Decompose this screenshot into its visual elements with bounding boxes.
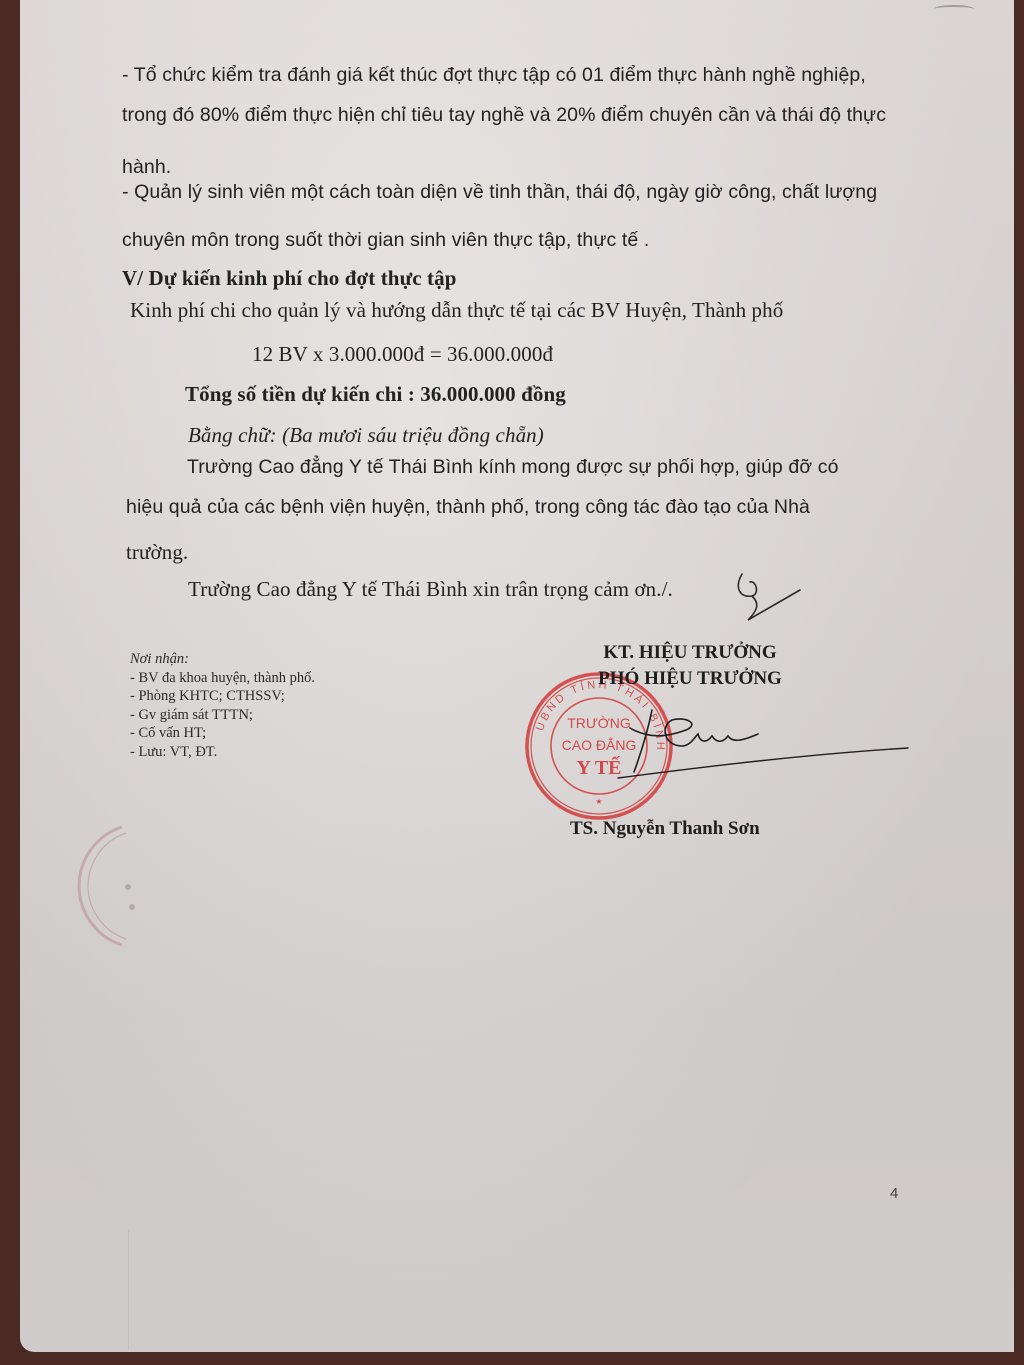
recipients-title: Nơi nhận: bbox=[130, 650, 315, 669]
recipient-item: - Phòng KHTC; CTHSSV; bbox=[130, 687, 315, 706]
initials-mark bbox=[730, 568, 810, 628]
recipient-item: - Cố vấn HT; bbox=[130, 724, 315, 743]
recipient-item: - BV đa khoa huyện, thành phố. bbox=[130, 669, 315, 688]
body-line-2: trong đó 80% điểm thực hiện chỉ tiêu tay… bbox=[122, 104, 886, 127]
closing-line-3: trường. bbox=[126, 540, 188, 565]
page-number: 4 bbox=[890, 1185, 898, 1202]
thanks-line: Trường Cao đẳng Y tế Thái Bình xin trân … bbox=[188, 577, 673, 602]
budget-calculation: 12 BV x 3.000.000đ = 36.000.000đ bbox=[252, 342, 553, 367]
budget-total: Tổng số tiền dự kiến chi : 36.000.000 đồ… bbox=[185, 382, 566, 407]
section-heading: V/ Dự kiến kinh phí cho đợt thực tập bbox=[122, 266, 457, 291]
signer-name: TS. Nguyễn Thanh Sơn bbox=[570, 818, 760, 840]
body-line-4: - Quản lý sinh viên một cách toàn diện v… bbox=[122, 181, 877, 204]
top-pen-mark bbox=[934, 5, 974, 13]
recipient-item: - Gv giám sát TTTN; bbox=[130, 706, 315, 725]
body-line-3: hành. bbox=[122, 156, 171, 179]
body-line-1: - Tổ chức kiểm tra đánh giá kết thúc đợt… bbox=[122, 64, 866, 87]
signature-block: KT. HIỆU TRƯỞNG PHÓ HIỆU TRƯỞNG bbox=[540, 640, 840, 692]
budget-total-in-words: Bằng chữ: (Ba mươi sáu triệu đồng chẵn) bbox=[188, 423, 544, 448]
signature-title-1: KT. HIỆU TRƯỞNG bbox=[540, 640, 840, 666]
paper-crease bbox=[128, 1230, 129, 1350]
recipients-list: Nơi nhận: - BV đa khoa huyện, thành phố.… bbox=[130, 650, 315, 761]
svg-text:★: ★ bbox=[595, 797, 602, 806]
body-line-5: chuyên môn trong suốt thời gian sinh viê… bbox=[122, 229, 649, 252]
recipient-item: - Lưu: VT, ĐT. bbox=[130, 743, 315, 762]
closing-line-1: Trường Cao đẳng Y tế Thái Bình kính mong… bbox=[187, 456, 839, 479]
closing-line-2: hiệu quả của các bệnh viện huyện, thành … bbox=[126, 496, 810, 519]
handwritten-signature bbox=[590, 690, 910, 790]
faded-seal-mark bbox=[62, 815, 202, 955]
signature-title-2: PHÓ HIỆU TRƯỞNG bbox=[540, 666, 840, 692]
budget-description: Kinh phí chi cho quản lý và hướng dẫn th… bbox=[130, 298, 783, 323]
